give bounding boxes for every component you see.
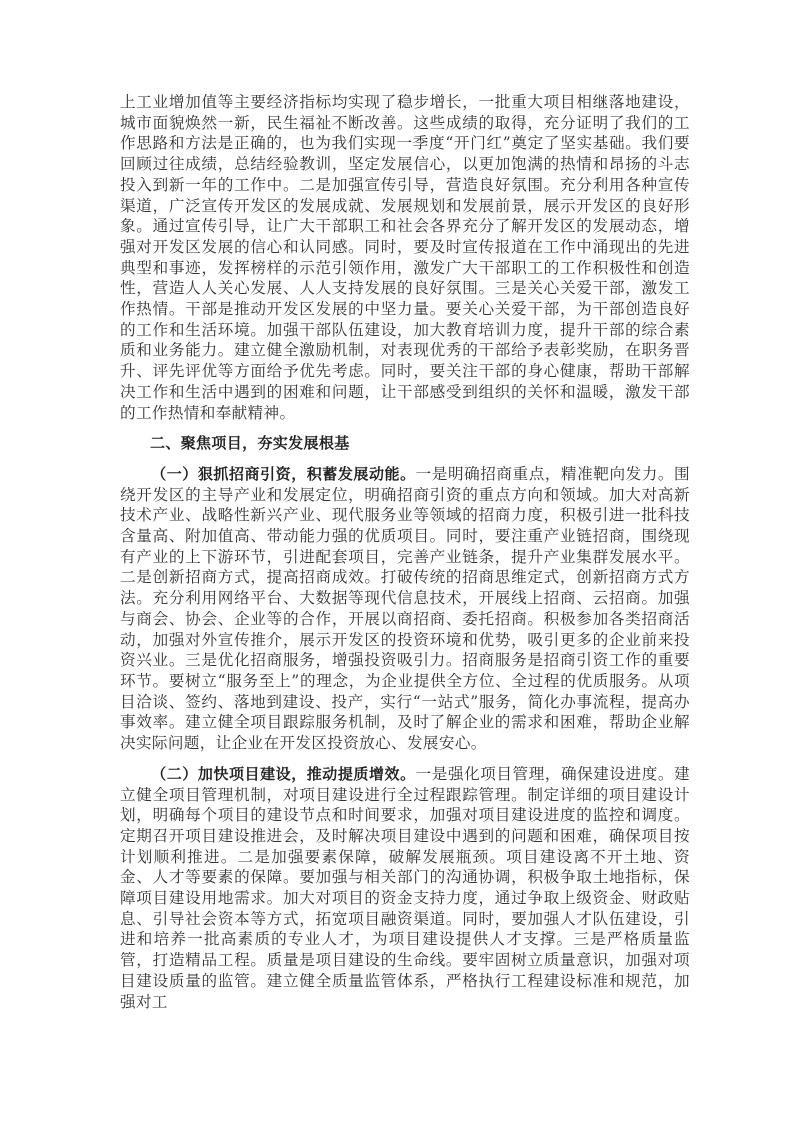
subsection-body-text: 一是明确招商重点，精准靶向发力。围绕开发区的主导产业和发展定位，明确招商引资的重… xyxy=(120,465,690,752)
subsection-lead-heading: （二）加快项目建设，推动提质增效。 xyxy=(151,765,415,783)
subsection-paragraph-1: （一）狠抓招商引资，积蓄发展动能。一是明确招商重点，精准靶向发力。围绕开发区的主… xyxy=(120,464,690,754)
body-paragraph-continued: 上工业增加值等主要经济指标均实现了稳步增长，一批重大项目相继落地建设，城市面貌焕… xyxy=(120,92,690,423)
subsection-paragraph-2: （二）加快项目建设，推动提质增效。一是强化项目管理，确保建设进度。建立健全项目管… xyxy=(120,764,690,1012)
subsection-body-text: 一是强化项目管理，确保建设进度。建立健全项目管理机制，对项目建设进行全过程跟踪管… xyxy=(120,765,690,1011)
section-heading: 二、聚焦项目，夯实发展根基 xyxy=(120,433,690,454)
document-page: 上工业增加值等主要经济指标均实现了稳步增长，一批重大项目相继落地建设，城市面貌焕… xyxy=(120,92,690,1012)
subsection-lead-heading: （一）狠抓招商引资，积蓄发展动能。 xyxy=(151,465,415,483)
